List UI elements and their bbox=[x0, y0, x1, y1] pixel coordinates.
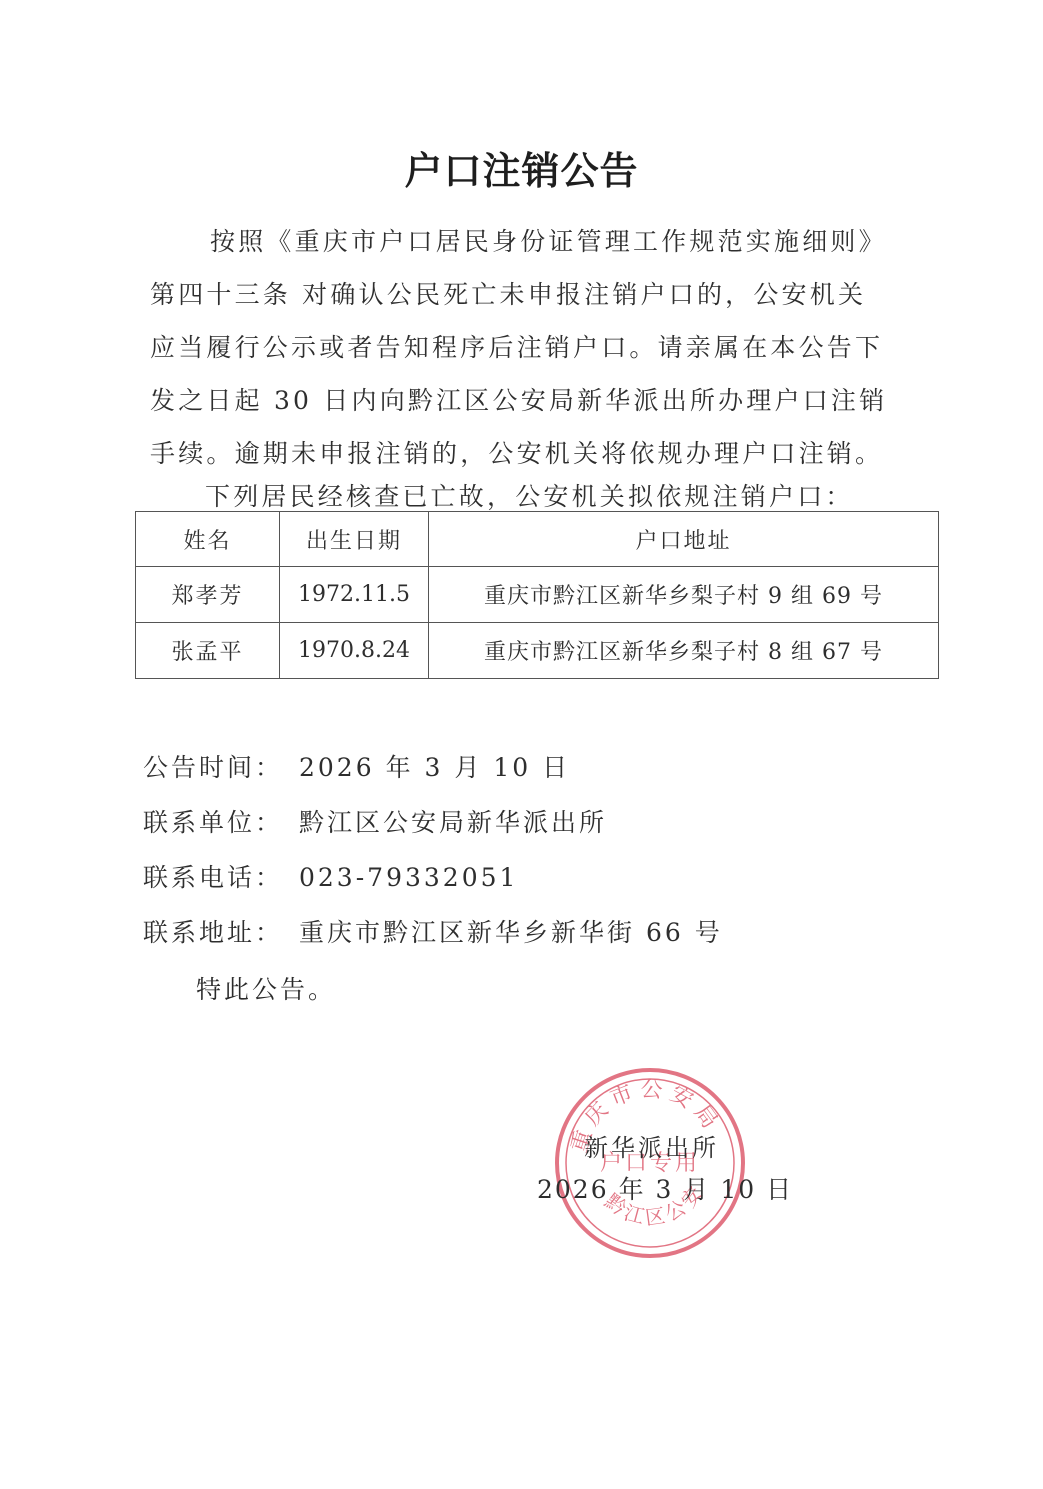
seal-icon: 重庆市公安局 黔江区公安局 户口专用 bbox=[559, 1072, 741, 1254]
cell-dob: 1972.11.5 bbox=[280, 567, 429, 623]
cell-address: 重庆市黔江区新华乡梨子村 8 组 67 号 bbox=[429, 623, 939, 679]
signature-date: 2026 年 3 月 10 日 bbox=[537, 1170, 793, 1206]
cell-dob: 1970.8.24 bbox=[280, 623, 429, 679]
header-dob: 出生日期 bbox=[280, 512, 429, 567]
body-line-1: 按照《重庆市户口居民身份证管理工作规范实施细则》 bbox=[210, 222, 887, 258]
cell-name: 张孟平 bbox=[136, 623, 280, 679]
info-value: 重庆市黔江区新华乡新华街 66 号 bbox=[299, 918, 723, 947]
body-line-3: 应当履行公示或者告知程序后注销户口。请亲属在本公告下 bbox=[150, 328, 883, 364]
cell-address: 重庆市黔江区新华乡梨子村 9 组 69 号 bbox=[429, 567, 939, 623]
info-contact-unit: 联系单位：黔江区公安局新华派出所 bbox=[143, 803, 607, 839]
info-contact-phone: 联系电话：023-79332051 bbox=[143, 858, 518, 894]
document-title: 户口注销公告 bbox=[0, 140, 1043, 195]
info-value: 黔江区公安局新华派出所 bbox=[299, 808, 607, 837]
table-row: 张孟平 1970.8.24 重庆市黔江区新华乡梨子村 8 组 67 号 bbox=[136, 623, 939, 679]
body-line-2: 第四十三条 对确认公民死亡未申报注销户口的，公安机关 bbox=[150, 275, 866, 311]
info-value: 2026 年 3 月 10 日 bbox=[299, 753, 570, 782]
body-line-4: 发之日起 30 日内向黔江区公安局新华派出所办理户口注销 bbox=[150, 381, 887, 417]
table-header-row: 姓名 出生日期 户口地址 bbox=[136, 512, 939, 567]
info-contact-address: 联系地址：重庆市黔江区新华乡新华街 66 号 bbox=[143, 913, 723, 949]
closing-statement: 特此公告。 bbox=[196, 970, 336, 1006]
header-address: 户口地址 bbox=[429, 512, 939, 567]
info-label: 联系单位： bbox=[143, 803, 299, 839]
residents-table: 姓名 出生日期 户口地址 郑孝芳 1972.11.5 重庆市黔江区新华乡梨子村 … bbox=[135, 511, 939, 679]
cell-name: 郑孝芳 bbox=[136, 567, 280, 623]
table-row: 郑孝芳 1972.11.5 重庆市黔江区新华乡梨子村 9 组 69 号 bbox=[136, 567, 939, 623]
notice-page: 户口注销公告 按照《重庆市户口居民身份证管理工作规范实施细则》 第四十三条 对确… bbox=[0, 0, 1043, 1489]
header-name: 姓名 bbox=[136, 512, 280, 567]
info-label: 联系电话： bbox=[143, 858, 299, 894]
official-seal-stamp: 重庆市公安局 黔江区公安局 户口专用 bbox=[555, 1068, 745, 1258]
list-intro: 下列居民经核查已亡故，公安机关拟依规注销户口： bbox=[205, 477, 854, 513]
info-label: 公告时间： bbox=[143, 748, 299, 784]
info-label: 联系地址： bbox=[143, 913, 299, 949]
signature-organization: 新华派出所 bbox=[584, 1128, 719, 1163]
info-value: 023-79332051 bbox=[299, 863, 518, 892]
body-line-5: 手续。逾期未申报注销的，公安机关将依规办理户口注销。 bbox=[150, 434, 883, 470]
info-announce-date: 公告时间：2026 年 3 月 10 日 bbox=[143, 748, 570, 784]
